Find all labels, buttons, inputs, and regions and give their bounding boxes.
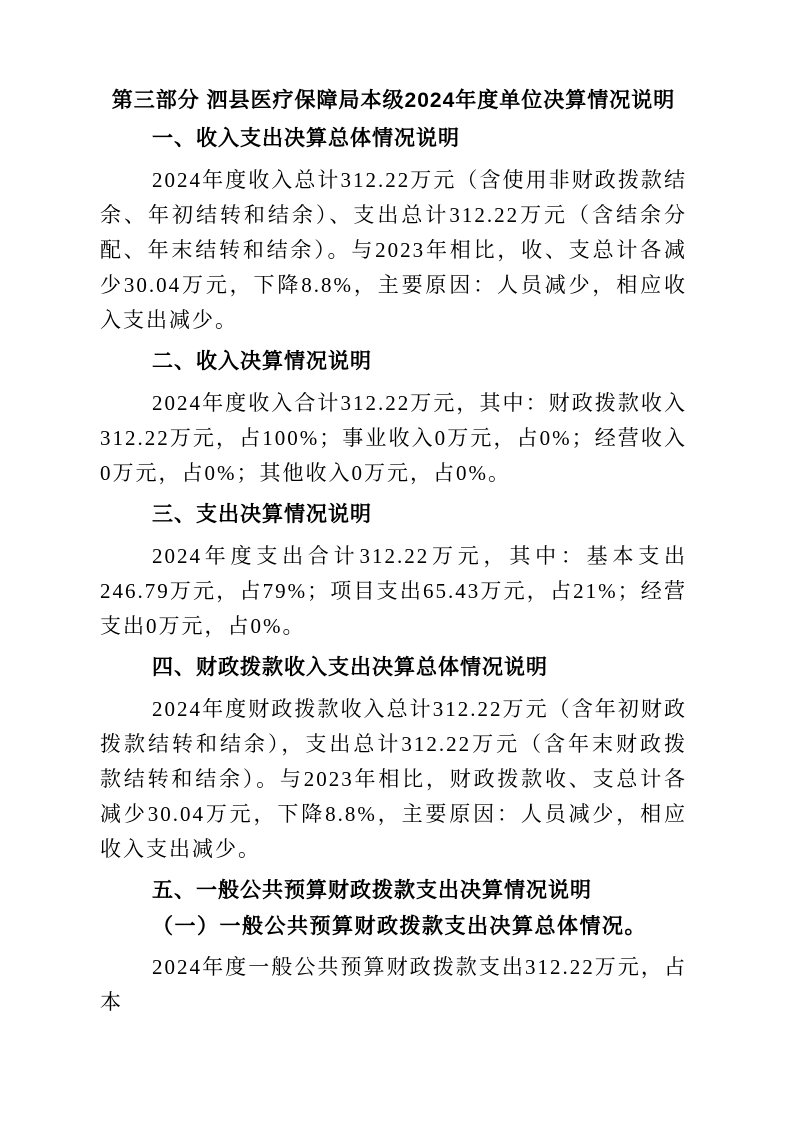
section-4-paragraph: 2024年度财政拨款收入总计312.22万元（含年初财政拨款结转和结余），支出总… (100, 692, 687, 867)
section-5-heading: 五、一般公共预算财政拨款支出决算情况说明 (100, 880, 687, 902)
document-title: 第三部分 泗县医疗保障局本级2024年度单位决算情况说明 (100, 86, 687, 115)
section-5-paragraph: 2024年度一般公共预算财政拨款支出312.22万元，占本 (100, 950, 687, 1020)
section-1-paragraph: 2024年度收入总计312.22万元（含使用非财政拨款结余、年初结转和结余）、支… (100, 163, 687, 338)
section-4-heading: 四、财政拨款收入支出决算总体情况说明 (100, 657, 687, 679)
section-income-statement: 二、收入决算情况说明 2024年度收入合计312.22万元，其中：财政拨款收入3… (100, 351, 687, 491)
section-general-public-budget-expenditure: 五、一般公共预算财政拨款支出决算情况说明 （一）一般公共预算财政拨款支出决算总体… (100, 880, 687, 1020)
section-2-heading: 二、收入决算情况说明 (100, 351, 687, 373)
section-income-expenditure-overview: 一、收入支出决算总体情况说明 2024年度收入总计312.22万元（含使用非财政… (100, 128, 687, 338)
section-2-paragraph: 2024年度收入合计312.22万元，其中：财政拨款收入312.22万元，占10… (100, 386, 687, 491)
section-1-heading: 一、收入支出决算总体情况说明 (100, 128, 687, 150)
section-fiscal-appropriation-overview: 四、财政拨款收入支出决算总体情况说明 2024年度财政拨款收入总计312.22万… (100, 657, 687, 867)
section-expenditure-statement: 三、支出决算情况说明 2024年度支出合计312.22万元，其中：基本支出246… (100, 504, 687, 644)
section-3-heading: 三、支出决算情况说明 (100, 504, 687, 526)
section-5-subheading: （一）一般公共预算财政拨款支出决算总体情况。 (100, 915, 687, 937)
document-page: 第三部分 泗县医疗保障局本级2024年度单位决算情况说明 一、收入支出决算总体情… (0, 0, 793, 1122)
section-3-paragraph: 2024年度支出合计312.22万元，其中：基本支出246.79万元，占79%；… (100, 539, 687, 644)
